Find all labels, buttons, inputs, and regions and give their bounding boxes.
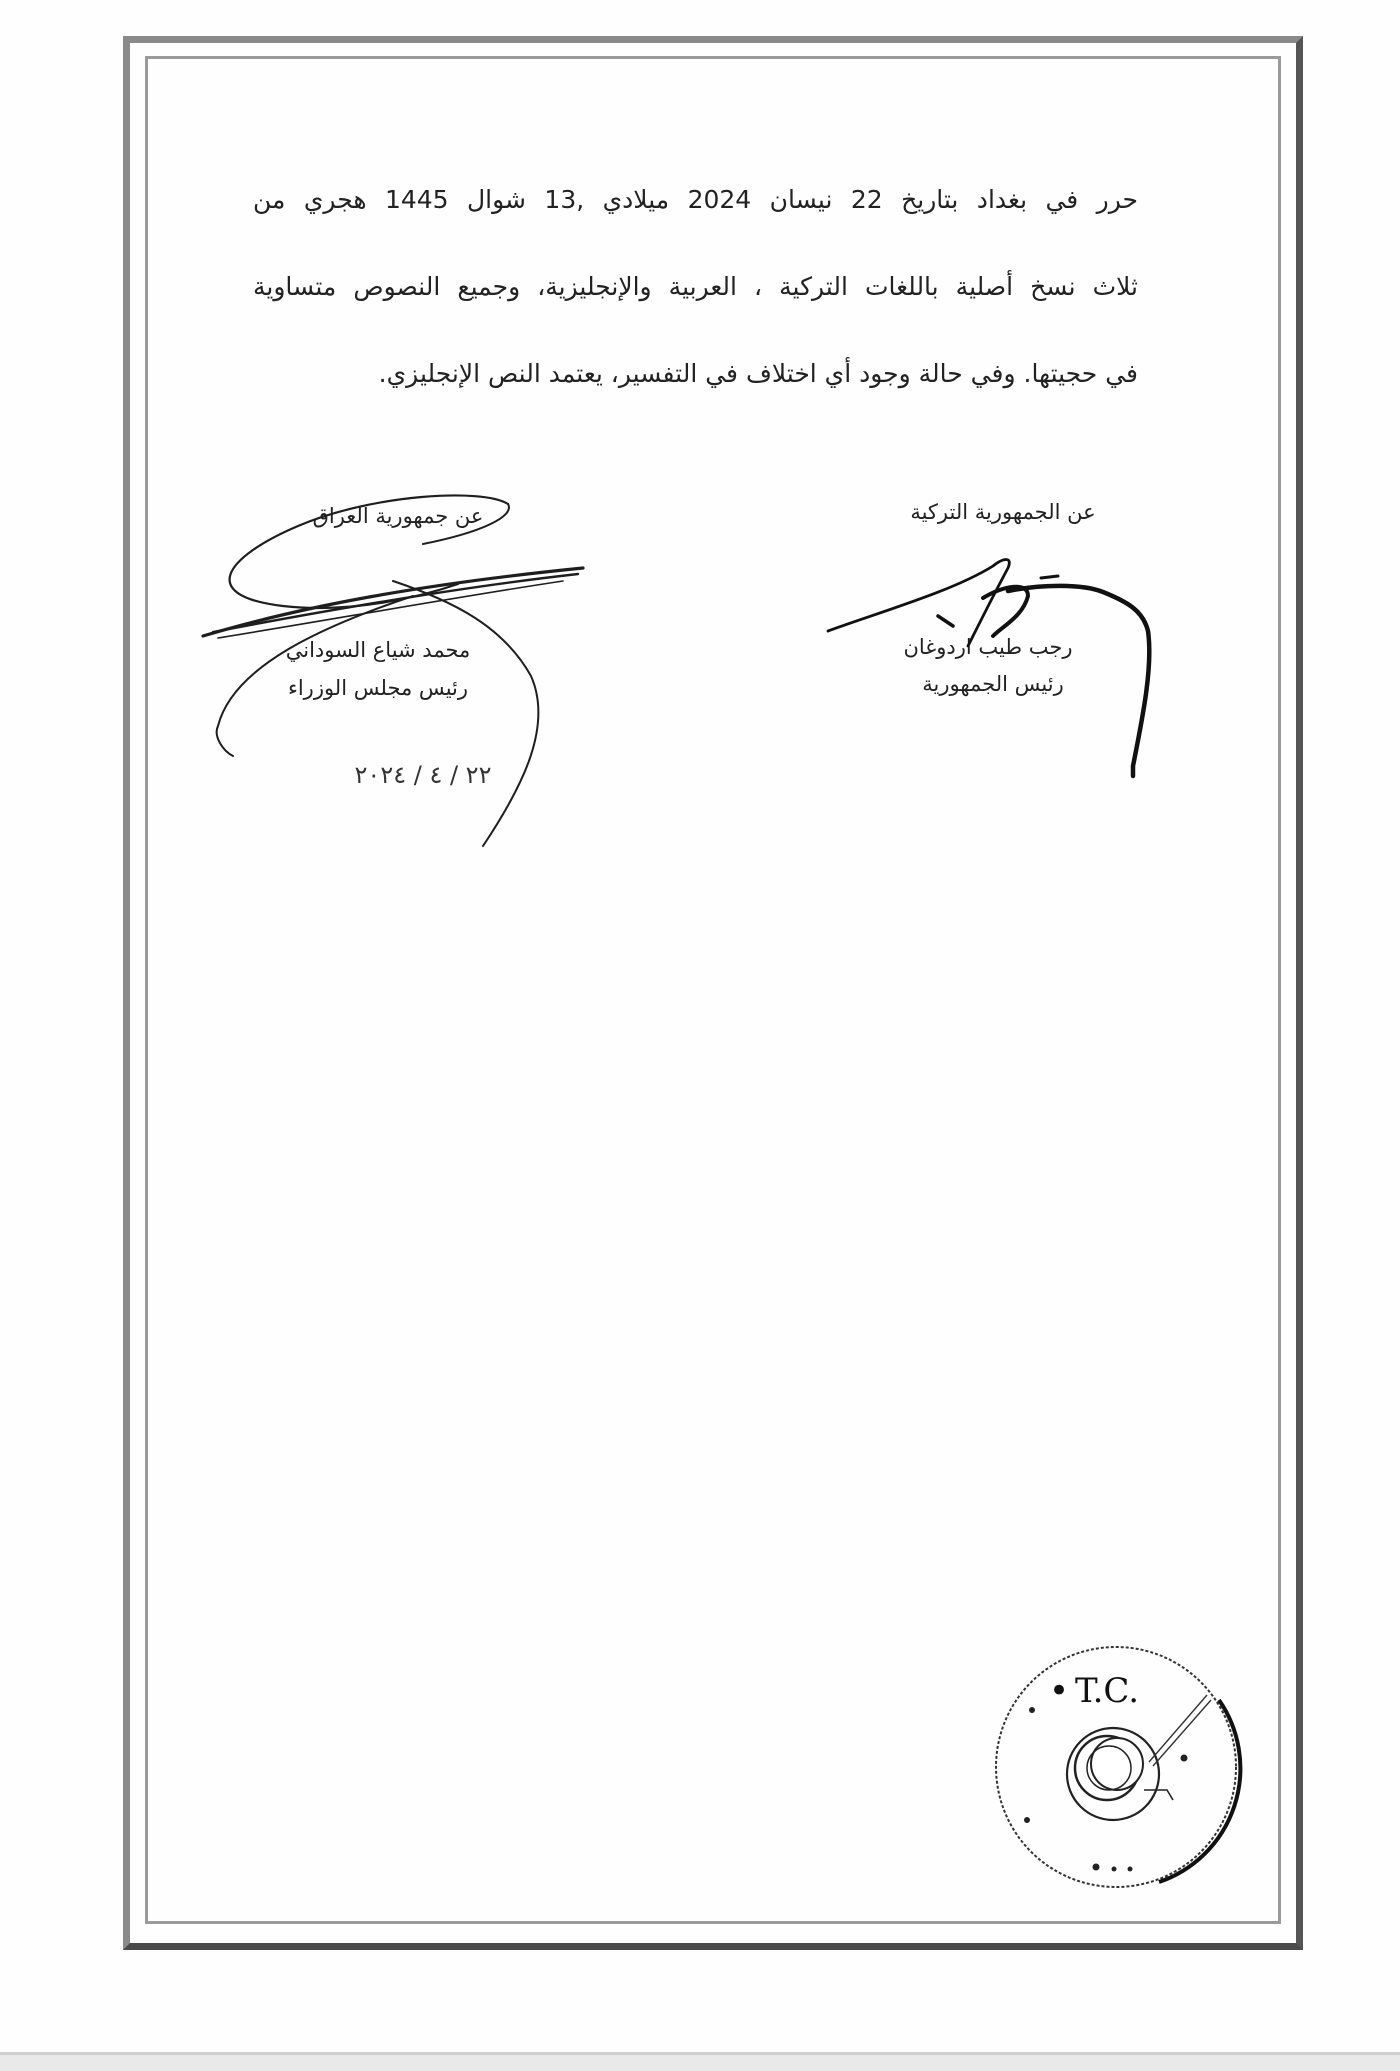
official-seal: • T.C. xyxy=(989,1640,1243,1894)
iraq-signature-icon xyxy=(203,495,583,846)
viewer-bottom-bar xyxy=(0,2052,1400,2071)
document-viewer: حرر في بغداد بتاريخ 22 نيسان 2024 ميلادي… xyxy=(0,0,1400,2050)
seal-text: • xyxy=(1049,1671,1069,1711)
document-page: حرر في بغداد بتاريخ 22 نيسان 2024 ميلادي… xyxy=(123,36,1303,1950)
crescent-star-seal-icon: • T.C. xyxy=(989,1640,1243,1894)
turkey-signature-icon xyxy=(828,560,1149,777)
seal-label: T.C. xyxy=(1075,1671,1139,1711)
